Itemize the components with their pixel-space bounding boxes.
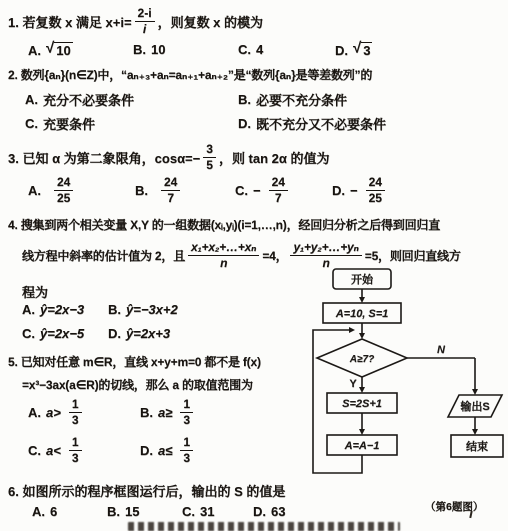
numerator: 1 <box>69 436 82 451</box>
flowchart-end-label: 结束 <box>466 439 488 453</box>
option-2a-value: 充分不必要条件 <box>43 90 134 109</box>
question-3-stem: 3. 已知 α 为第二象限角，cosα=− 3 5 ，则 tan 2α 的值为 <box>8 143 330 171</box>
option-3d-sign: − <box>350 183 358 198</box>
option-1a-label: A. <box>28 43 41 58</box>
option-5b-relation: a≥ <box>158 405 172 420</box>
question-5-line2: =x³−3ax(a∈R)的切线，那么 a 的取值范围为 <box>22 376 253 393</box>
numerator: 24 <box>54 176 73 191</box>
denominator: 3 <box>72 451 79 465</box>
q1-text-pre: 1. 若复数 x 满足 x+i= <box>8 12 132 31</box>
q1-fraction: 2-i i <box>135 7 155 35</box>
option-6d-label: D. <box>253 504 266 519</box>
option-1b: B. 10 <box>133 42 165 57</box>
flowchart: 开始 A=10, S=1 A≥7? N Y S=2S+1 A=A−1 输出S 结… <box>303 266 508 494</box>
q3-fraction-numerator: 3 <box>203 143 216 158</box>
option-4c-label: C. <box>22 326 35 341</box>
option-3a-fraction: 2425 <box>54 176 73 204</box>
denominator: 3 <box>183 451 190 465</box>
option-4d-value: ŷ=2x+3 <box>126 326 170 341</box>
q4-y-numerator: y₁+y₂+…+yₙ <box>290 241 361 256</box>
radicand: 3 <box>361 42 372 59</box>
option-5d-label: D. <box>140 443 153 458</box>
q3-text-pre: 3. 已知 α 为第二象限角，cosα=− <box>8 148 200 167</box>
q4-x-mean-fraction: x₁+x₂+…+xₙ n <box>188 241 259 269</box>
numerator: 24 <box>269 176 288 191</box>
option-3c: C. − 247 <box>235 176 291 204</box>
option-6c-label: C. <box>182 504 195 519</box>
q4-text-line2-pre: 线方程中斜率的估计值为 2，且 <box>22 247 185 264</box>
figure-caption: （第6题图） <box>425 499 483 514</box>
option-4b-value: ŷ=−3x+2 <box>126 302 178 317</box>
numerator: 1 <box>180 398 193 413</box>
option-2a-label: A. <box>25 92 38 107</box>
option-4c-value: ŷ=2x−5 <box>40 326 84 341</box>
option-5b: B. a≥ 13 <box>140 398 196 426</box>
q5-text-line1: 5. 已知对任意 m∈R，直线 x+y+m=0 都不是 f(x) <box>8 353 261 370</box>
arrowhead-down <box>472 389 478 395</box>
option-2c-label: C. <box>25 116 38 131</box>
option-4b-label: B. <box>108 302 121 317</box>
denominator: 25 <box>57 191 70 205</box>
option-3b-label: B. <box>135 183 148 198</box>
flowchart-output-label: 输出S <box>459 399 489 413</box>
option-5b-fraction: 13 <box>180 398 193 426</box>
option-4a: A. ŷ=2x−3 <box>22 302 84 317</box>
option-2b: B. 必要不充分条件 <box>238 90 347 109</box>
q4-text-line3: 程为 <box>22 282 48 301</box>
arrowhead-down <box>359 333 365 339</box>
option-4c: C. ŷ=2x−5 <box>22 326 84 341</box>
q3-text-post: ，则 tan 2α 的值为 <box>219 148 330 167</box>
numerator: 1 <box>180 436 193 451</box>
denominator: 7 <box>275 191 282 205</box>
question-2-options-row2: C. 充要条件 D. 既不充分又不必要条件 <box>0 114 508 144</box>
q2-text: 2. 数列{aₙ}(n∈Z)中，“aₙ₊₃+aₙ=aₙ₊₁+aₙ₊₂”是“数列{… <box>8 66 372 83</box>
q5-text-line2: =x³−3ax(a∈R)的切线，那么 a 的取值范围为 <box>22 376 253 393</box>
option-2b-value: 必要不充分条件 <box>256 90 347 109</box>
option-1b-value: 10 <box>151 42 165 57</box>
question-1-stem: 1. 若复数 x 满足 x+i= 2-i i ，则复数 x 的模为 <box>8 7 263 35</box>
option-1d-label: D. <box>335 43 348 58</box>
option-2c-value: 充要条件 <box>43 114 95 133</box>
question-5-line1: 5. 已知对任意 m∈R，直线 x+y+m=0 都不是 f(x) <box>8 353 261 370</box>
q1-fraction-denominator: i <box>143 22 146 36</box>
option-2d-label: D. <box>238 116 251 131</box>
option-3a-label: A. <box>28 183 41 198</box>
arrowhead-right <box>349 327 355 333</box>
figure-caption-text: （第6题图） <box>425 501 483 513</box>
denominator: 3 <box>183 413 190 427</box>
option-2d-value: 既不充分又不必要条件 <box>256 114 386 133</box>
option-4b: B. ŷ=−3x+2 <box>108 302 178 317</box>
option-6d: D. 63 <box>253 504 285 519</box>
option-3c-sign: − <box>253 183 261 198</box>
option-5c: C. a< 13 <box>28 436 85 464</box>
option-3b: B. 247 <box>135 176 183 204</box>
radical-sign: √ <box>46 41 54 56</box>
question-6-stem: 6. 如图所示的程序框图运行后，输出的 S 的值是 <box>8 481 285 500</box>
flowchart-no-label: N <box>437 344 446 356</box>
question-2-stem: 2. 数列{aₙ}(n∈Z)中，“aₙ₊₃+aₙ=aₙ₊₁+aₙ₊₂”是“数列{… <box>8 66 372 83</box>
option-5d-fraction: 13 <box>180 436 193 464</box>
q3-fraction-denominator: 5 <box>206 158 213 172</box>
option-5c-relation: a< <box>46 443 61 458</box>
option-1a: A. √10 <box>28 42 73 59</box>
arrowhead-down <box>472 429 478 435</box>
numerator: 24 <box>161 176 180 191</box>
option-1a-radical: √10 <box>46 42 73 59</box>
flowchart-step2-label: A=A−1 <box>344 440 380 452</box>
flowchart-step1-label: S=2S+1 <box>342 398 382 410</box>
option-5c-fraction: 13 <box>69 436 82 464</box>
option-6c-value: 31 <box>200 504 214 519</box>
numerator: 24 <box>366 176 385 191</box>
q4-text-line1: 4. 搜集到两个相关变量 X,Y 的一组数据(xᵢ,yᵢ)(i=1,…,n)，经… <box>8 216 440 233</box>
radicand: 10 <box>54 42 72 59</box>
option-3b-fraction: 247 <box>161 176 180 204</box>
option-5b-label: B. <box>140 405 153 420</box>
option-1d: D. √3 <box>335 42 372 59</box>
q4-x-denominator: n <box>220 256 227 270</box>
denominator: 25 <box>369 191 382 205</box>
option-5c-label: C. <box>28 443 41 458</box>
option-4d-label: D. <box>108 326 121 341</box>
option-3a: A. 2425 <box>28 176 76 204</box>
question-4-line1: 4. 搜集到两个相关变量 X,Y 的一组数据(xᵢ,yᵢ)(i=1,…,n)，经… <box>8 216 440 233</box>
arrowhead-down <box>359 387 365 393</box>
question-4-line2: 线方程中斜率的估计值为 2，且 x₁+x₂+…+xₙ n =4， y₁+y₂+…… <box>22 241 461 269</box>
option-6b-label: B. <box>107 504 120 519</box>
exam-paper-page: 1. 若复数 x 满足 x+i= 2-i i ，则复数 x 的模为 A. √10… <box>0 0 508 531</box>
option-1b-label: B. <box>133 42 146 57</box>
option-6b-value: 15 <box>125 504 139 519</box>
option-4a-label: A. <box>22 302 35 317</box>
option-4d: D. ŷ=2x+3 <box>108 326 170 341</box>
option-1d-radical: √3 <box>353 42 372 59</box>
option-6a-label: A. <box>32 504 45 519</box>
flowchart-yes-label: Y <box>349 378 357 390</box>
q1-fraction-numerator: 2-i <box>135 7 155 22</box>
denominator: 3 <box>72 413 79 427</box>
option-5a: A. a> 13 <box>28 398 85 426</box>
q3-fraction: 3 5 <box>203 143 216 171</box>
flowchart-start-label: 开始 <box>351 272 374 286</box>
question-4-line3: 程为 <box>22 282 48 301</box>
option-2b-label: B. <box>238 92 251 107</box>
option-6a-value: 6 <box>50 504 57 519</box>
option-2a: A. 充分不必要条件 <box>25 90 134 109</box>
q4-text-mid: =4， <box>262 247 287 264</box>
arrowhead-down <box>359 297 365 303</box>
option-5a-label: A. <box>28 405 41 420</box>
numerator: 1 <box>69 398 82 413</box>
q4-text-tail: =5，则回归直线方 <box>365 247 461 264</box>
q1-text-post: ，则复数 x 的模为 <box>158 12 263 31</box>
option-3c-label: C. <box>235 183 248 198</box>
radical-sign: √ <box>353 41 361 56</box>
option-3d-label: D. <box>332 183 345 198</box>
cutoff-text-line <box>128 522 400 531</box>
option-1c: C. 4 <box>238 42 263 57</box>
option-6c: C. 31 <box>182 504 214 519</box>
option-6b: B. 15 <box>107 504 139 519</box>
option-5d-relation: a≤ <box>158 443 172 458</box>
option-2c: C. 充要条件 <box>25 114 95 133</box>
flowchart-init-label: A=10, S=1 <box>335 308 389 320</box>
option-5a-fraction: 13 <box>69 398 82 426</box>
q4-y-mean-fraction: y₁+y₂+…+yₙ n <box>290 241 361 269</box>
option-4a-value: ŷ=2x−3 <box>40 302 84 317</box>
option-5d: D. a≤ 13 <box>140 436 196 464</box>
option-1c-label: C. <box>238 42 251 57</box>
denominator: 7 <box>167 191 174 205</box>
flowchart-condition-label: A≥7? <box>349 354 374 365</box>
option-6d-value: 63 <box>271 504 285 519</box>
option-3d-fraction: 2425 <box>366 176 385 204</box>
option-3d: D. − 2425 <box>332 176 388 204</box>
q6-text: 6. 如图所示的程序框图运行后，输出的 S 的值是 <box>8 481 285 500</box>
q4-x-numerator: x₁+x₂+…+xₙ <box>188 241 259 256</box>
arrowhead-down <box>359 429 365 435</box>
option-2d: D. 既不充分又不必要条件 <box>238 114 386 133</box>
option-5a-relation: a> <box>46 405 61 420</box>
question-3-options: A. 2425 B. 247 C. − 247 D. − 2425 <box>0 176 508 206</box>
option-1c-value: 4 <box>256 42 263 57</box>
option-3c-fraction: 247 <box>269 176 288 204</box>
option-6a: A. 6 <box>32 504 57 519</box>
